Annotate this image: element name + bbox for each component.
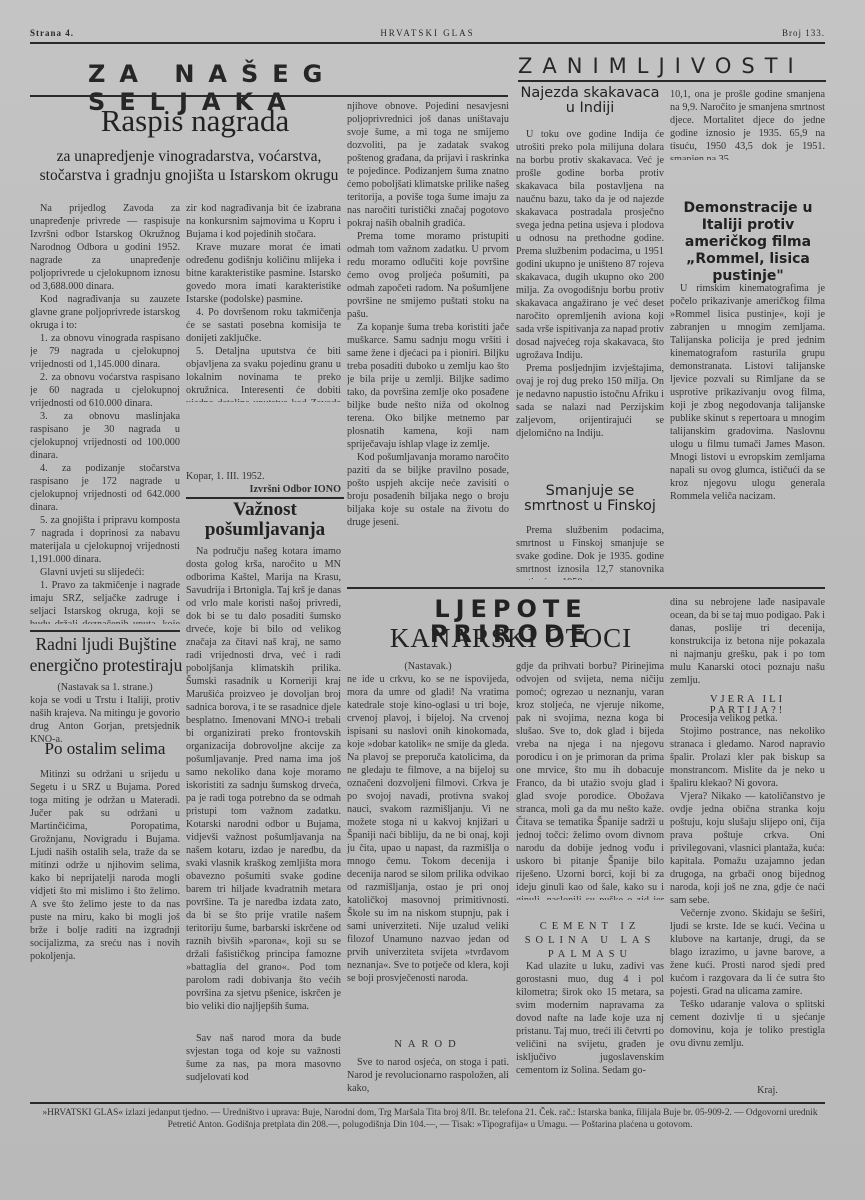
paragraph: 5. za gnojišta i pripravu komposta 7 nag…	[30, 514, 180, 566]
paragraph: Na prijedlog Zavoda za unapređenje privr…	[30, 202, 180, 293]
paragraph: 5. Detaljna uputstva će biti objavljena …	[186, 345, 341, 402]
paper-title: HRVATSKI GLAS	[30, 28, 825, 38]
paragraph: ne ide u crkvu, ko se ne ispovijeda, mor…	[347, 673, 509, 985]
imprint-footer: »HRVATSKI GLAS« izlazi jedanput tjedno. …	[40, 1107, 820, 1131]
kanarski-end: Kraj.	[670, 1084, 825, 1097]
article-title-finska: Smanjuje se smrtnost u Finskoj	[516, 484, 664, 514]
finska-continuation: 10,1, ona je prošle godine smanjena na 9…	[670, 88, 825, 160]
narod-body: Sve to narod osjeća, on stoga i pati. Na…	[347, 1056, 509, 1098]
paragraph: Večernje zvono. Skidaju se šeširi, ljudi…	[670, 907, 825, 998]
paragraph: Prema tome moramo pristupiti odmah tom v…	[347, 230, 509, 321]
paragraph: njihove obnove. Pojedini nesavjesni polj…	[347, 100, 509, 230]
paragraph: 3. za obnovu maslinjaka raspisano je 30 …	[30, 410, 180, 462]
article-title-rommel: Demonstracije u Italiji protiv američkog…	[668, 200, 828, 285]
paragraph: Prema službenim podacima, smrtnost u Fin…	[516, 524, 664, 580]
cement-subhead: CEMENT IZ SOLINA U LAS PALMASU	[516, 920, 664, 962]
paragraph: 2. za obnovu voćarstva raspisano je 60 n…	[30, 371, 180, 410]
paragraph: Stojimo postrance, nas nekoliko stranaca…	[670, 725, 825, 790]
paragraph: U rimskim kinematografima je počelo prik…	[670, 282, 825, 503]
cement-body: Kad ulazite u luku, zadivi vas gorostasn…	[516, 960, 664, 1098]
paragraph: Teško udaranje valova o splitski cement …	[670, 998, 825, 1050]
paragraph: Sav naš narod mora da bude svjestan toga…	[186, 1032, 341, 1084]
narod-subhead: NAROD	[347, 1039, 509, 1050]
raspis-column-1: Na prijedlog Zavoda za unapređenje privr…	[30, 202, 180, 624]
raspis-column-2: zir kod nagrađivanja bit će izabrana na …	[186, 202, 341, 402]
radni-note: (Nastavak sa 1. strane.)	[30, 681, 180, 694]
kanarski-column-1: ne ide u crkvu, ko se ne ispovijeda, mor…	[347, 673, 509, 1025]
paragraph: Kod nagrađivanja su zauzete glavne grane…	[30, 293, 180, 332]
article-rule	[347, 587, 825, 589]
paragraph: Krave muzare morat će imati određenu god…	[186, 241, 341, 306]
kanarski-column-2: gdje da prihvati borbu? Pirinejima odvoj…	[516, 660, 664, 900]
rommel-body: U rimskim kinematografima je počelo prik…	[670, 282, 825, 577]
footer-rule	[30, 1102, 825, 1104]
vaznost-column-top: njihove obnove. Pojedini nesavjesni polj…	[347, 100, 509, 578]
paragraph: Mitinzi su održani u srijedu u Segetu i …	[30, 768, 180, 963]
raspis-signature: Izvršni Odbor IONO	[186, 483, 341, 496]
paragraph: Kod pošumljavanja moramo naročito paziti…	[347, 451, 509, 529]
kanarski-note: (Nastavak.)	[347, 660, 509, 673]
article-subtitle-raspis: za unapredjenje vinogradarstva, voćarstv…	[30, 147, 348, 185]
header-rule	[30, 42, 825, 44]
issue-number: Broj 133.	[782, 28, 825, 38]
article-title-vaznost: Važnost pošumljavanja	[186, 500, 344, 540]
article-title-raspis: Raspis nagrada	[40, 105, 350, 138]
article-title-kanarski: KANARSKI OTOCI	[348, 624, 674, 652]
section-rule-left	[30, 95, 508, 97]
newspaper-page: Strana 4. HRVATSKI GLAS Broj 133. ZA NAŠ…	[0, 0, 865, 1200]
finska-body: Prema službenim podacima, smrtnost u Fin…	[516, 524, 664, 580]
paragraph: 4. Po dovršenom roku takmičenja će se sa…	[186, 306, 341, 345]
ostalim-body: Mitinzi su održani u srijedu u Segetu i …	[30, 768, 180, 1098]
paragraph: Za kopanje šuma treba koristiti jače muš…	[347, 321, 509, 451]
najezda-body: U toku ove godine Indija će utrošiti pre…	[516, 128, 664, 463]
paragraph: Sve to narod osjeća, on stoga i pati. Na…	[347, 1056, 509, 1095]
paragraph: Glavni uvjeti su slijedeći:	[30, 566, 180, 579]
paragraph: 1. Pravo za takmičenje i nagrade imaju S…	[30, 579, 180, 624]
vaznost-column-mid: Na području našeg kotara imamo dosta gol…	[186, 545, 341, 1031]
paragraph: gdje da prihvati borbu? Pirinejima odvoj…	[516, 660, 664, 900]
paragraph: dina su nebrojene lađe nasipavale ocean,…	[670, 596, 825, 687]
paragraph: Na području našeg kotara imamo dosta gol…	[186, 545, 341, 1013]
vaznost-column-mid-end: Sav naš narod mora da bude svjestan toga…	[186, 1032, 341, 1094]
article-title-ostalim: Po ostalim selima	[30, 740, 180, 758]
paragraph: U toku ove godine Indija će utrošiti pre…	[516, 128, 664, 362]
paragraph: Prema posljednjim izvještajima, ovaj je …	[516, 362, 664, 440]
paragraph: Procesija velikog petka.	[670, 712, 825, 725]
paragraph: Kad ulazite u luku, zadivi vas gorostasn…	[516, 960, 664, 1077]
paragraph: 10,1, ona je prošle godine smanjena na 9…	[670, 88, 825, 160]
section-heading-right: ZANIMLJIVOSTI	[518, 54, 838, 78]
section-rule-right	[518, 80, 826, 82]
kanarski-column-3: dina su nebrojene lađe nasipavale ocean,…	[670, 596, 825, 688]
paragraph: Vjera? Nikako — katoličanstvo je ovdje j…	[670, 790, 825, 907]
paragraph: 4. za podizanje stočarstva raspisano je …	[30, 462, 180, 514]
raspis-date: Kopar, 1. III. 1952.	[186, 470, 341, 483]
article-rule	[30, 630, 180, 632]
article-title-radni: Radni ljudi Bujštine energično protestir…	[28, 634, 184, 676]
vjera-body: Procesija velikog petka. Stojimo postran…	[670, 712, 825, 1084]
article-title-najezda: Najezda skakavaca u Indiji	[516, 86, 664, 116]
paragraph: 1. za obnovu vinograda raspisano je 79 n…	[30, 332, 180, 371]
paragraph: zir kod nagrađivanja bit će izabrana na …	[186, 202, 341, 241]
